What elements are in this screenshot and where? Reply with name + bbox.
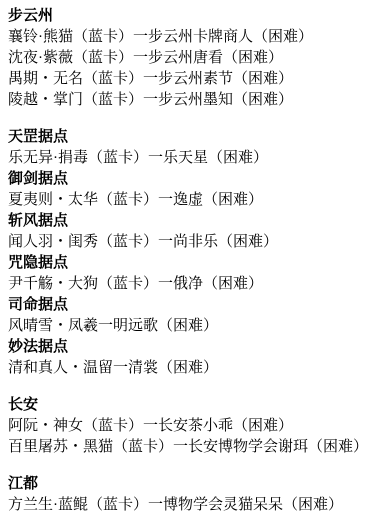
section-3: 斩风据点闻人羽・闺秀（蓝卡）一尚非乐（困难） [8, 211, 369, 253]
section-title: 斩风据点 [8, 211, 369, 232]
entry-line: 百里屠苏・黑猫（蓝卡）一长安博物学会谢珥（困难） [8, 437, 369, 458]
section-title: 长安 [8, 395, 369, 416]
entry-line: 尹千觞・大狗（蓝卡）一俄净（困难） [8, 274, 369, 295]
section-7: 长安阿阮・神女（蓝卡）一长安茶小乖（困难）百里屠苏・黑猫（蓝卡）一长安博物学会谢… [8, 395, 369, 458]
entry-line: 闻人羽・闺秀（蓝卡）一尚非乐（困难） [8, 232, 369, 253]
entry-line: 乐无异·捐毒（蓝卡）一乐天星（困难） [8, 148, 369, 169]
entry-line: 方兰生·蓝鲲（蓝卡）一博物学会灵猫呆呆（困难） [8, 495, 369, 516]
section-6: 妙法据点清和真人・温留一清裳（困难） [8, 337, 369, 379]
document-body: 步云州襄铃·熊猫（蓝卡）一步云州卡牌商人（困难）沈夜·紫薇（蓝卡）一步云州唐看（… [0, 0, 373, 516]
entry-line: 陵越・掌门（蓝卡）一步云州墨知（困难） [8, 90, 369, 111]
section-0: 步云州襄铃·熊猫（蓝卡）一步云州卡牌商人（困难）沈夜·紫薇（蓝卡）一步云州唐看（… [8, 6, 369, 111]
section-4: 咒隐据点尹千觞・大狗（蓝卡）一俄净（困难） [8, 253, 369, 295]
section-gap [8, 379, 369, 395]
entry-line: 清和真人・温留一清裳（困难） [8, 358, 369, 379]
section-5: 司命据点风晴雪・凤羲一明远歌（困难） [8, 295, 369, 337]
section-8: 江都方兰生·蓝鲲（蓝卡）一博物学会灵猫呆呆（困难） [8, 474, 369, 516]
section-title: 江都 [8, 474, 369, 495]
section-title: 天罡据点 [8, 127, 369, 148]
entry-line: 夏夷则・太华（蓝卡）一逸虚（困难） [8, 190, 369, 211]
entry-line: 风晴雪・凤羲一明远歌（困难） [8, 316, 369, 337]
entry-line: 沈夜·紫薇（蓝卡）一步云州唐看（困难） [8, 48, 369, 69]
entry-line: 阿阮・神女（蓝卡）一长安茶小乖（困难） [8, 416, 369, 437]
section-title: 御剑据点 [8, 169, 369, 190]
section-title: 司命据点 [8, 295, 369, 316]
section-gap [8, 458, 369, 474]
section-title: 步云州 [8, 6, 369, 27]
entry-line: 禺期・无名（蓝卡）一步云州素节（困难） [8, 69, 369, 90]
section-1: 天罡据点乐无异·捐毒（蓝卡）一乐天星（困难） [8, 127, 369, 169]
section-2: 御剑据点夏夷则・太华（蓝卡）一逸虚（困难） [8, 169, 369, 211]
section-gap [8, 111, 369, 127]
section-title: 咒隐据点 [8, 253, 369, 274]
entry-line: 襄铃·熊猫（蓝卡）一步云州卡牌商人（困难） [8, 27, 369, 48]
section-title: 妙法据点 [8, 337, 369, 358]
